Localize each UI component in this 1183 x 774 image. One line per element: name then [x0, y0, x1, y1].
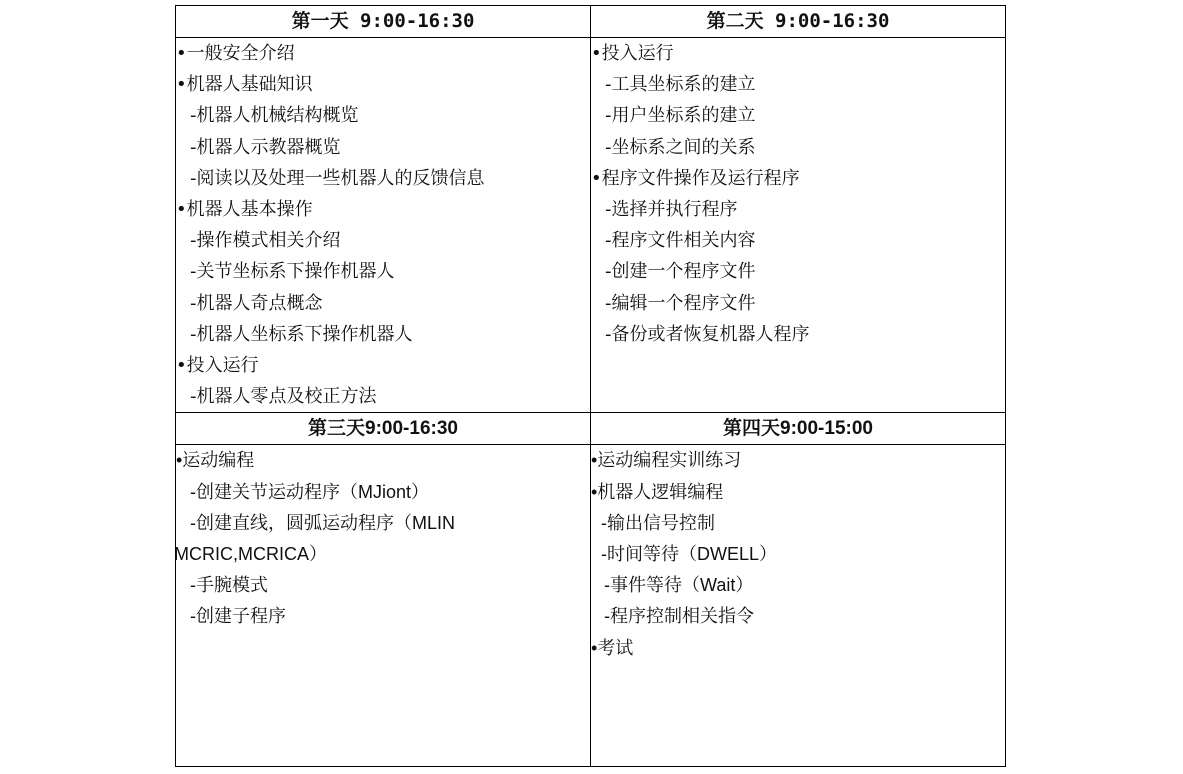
list-item: •运动编程: [176, 445, 590, 476]
list-item: -输出信号控制: [591, 508, 1005, 539]
content-row-1: •一般安全介绍 •机器人基础知识 -机器人机械结构概览 -机器人示教器概览 -阅…: [176, 38, 1006, 413]
list-item: -编辑一个程序文件: [591, 288, 1005, 319]
list-item: •运动编程实训练习: [591, 445, 1005, 476]
day2-header-time: 9:00-16:30: [764, 10, 890, 32]
list-item: -手腕模式: [176, 570, 590, 601]
list-item: -用户坐标系的建立: [591, 100, 1005, 131]
list-item: •一般安全介绍: [176, 38, 590, 69]
day1-content: •一般安全介绍 •机器人基础知识 -机器人机械结构概览 -机器人示教器概览 -阅…: [176, 38, 591, 413]
list-item: -机器人奇点概念: [176, 288, 590, 319]
header-row-1: 第一天 9:00-16:30 第二天 9:00-16:30: [176, 6, 1006, 38]
list-item: -工具坐标系的建立: [591, 69, 1005, 100]
training-schedule-table: 第一天 9:00-16:30 第二天 9:00-16:30 •一般安全介绍 •机…: [175, 5, 1006, 767]
list-item: •考试: [591, 633, 1005, 664]
list-item: -事件等待（Wait）: [591, 570, 1005, 601]
list-item: -机器人零点及校正方法: [176, 381, 590, 412]
list-item: -操作模式相关介绍: [176, 225, 590, 256]
list-item: -创建子程序: [176, 601, 590, 632]
list-item: -创建一个程序文件: [591, 256, 1005, 287]
list-item: -坐标系之间的关系: [591, 132, 1005, 163]
list-item: -程序控制相关指令: [591, 601, 1005, 632]
day3-header-label: 第三天: [308, 417, 365, 439]
day1-header-time: 9:00-16:30: [349, 10, 475, 32]
day4-content: •运动编程实训练习 •机器人逻辑编程 -输出信号控制 -时间等待（DWELL） …: [591, 445, 1006, 767]
day1-header: 第一天 9:00-16:30: [176, 6, 591, 38]
list-item: -时间等待（DWELL）: [591, 539, 1005, 570]
day3-header-time: 9:00-16:30: [365, 418, 458, 439]
list-item: •机器人基本操作: [176, 194, 590, 225]
list-item: •投入运行: [591, 38, 1005, 69]
list-item: -机器人机械结构概览: [176, 100, 590, 131]
list-item: -程序文件相关内容: [591, 225, 1005, 256]
list-item: -机器人示教器概览: [176, 132, 590, 163]
list-item: -创建关节运动程序（MJiont）: [176, 477, 590, 508]
list-item: -阅读以及处理一些机器人的反馈信息: [176, 163, 590, 194]
content-row-2: •运动编程 -创建关节运动程序（MJiont） -创建直线，圆弧运动程序（MLI…: [176, 445, 1006, 767]
list-item: •投入运行: [176, 350, 590, 381]
list-item: •机器人基础知识: [176, 69, 590, 100]
list-item: •程序文件操作及运行程序: [591, 163, 1005, 194]
list-item: -创建直线，圆弧运动程序（MLIN: [176, 508, 590, 539]
day4-header-label: 第四天: [723, 417, 780, 439]
day1-header-label: 第一天: [292, 10, 349, 32]
header-row-2: 第三天9:00-16:30 第四天9:00-15:00: [176, 413, 1006, 445]
day4-header-time: 9:00-15:00: [780, 418, 873, 439]
list-item: -关节坐标系下操作机器人: [176, 256, 590, 287]
day3-content: •运动编程 -创建关节运动程序（MJiont） -创建直线，圆弧运动程序（MLI…: [176, 445, 591, 767]
day2-content: •投入运行 -工具坐标系的建立 -用户坐标系的建立 -坐标系之间的关系 •程序文…: [591, 38, 1006, 413]
list-item: -机器人坐标系下操作机器人: [176, 319, 590, 350]
list-item: MCRIC,MCRICA）: [174, 539, 590, 570]
list-item: -选择并执行程序: [591, 194, 1005, 225]
list-item: •机器人逻辑编程: [591, 477, 1005, 508]
day2-header: 第二天 9:00-16:30: [591, 6, 1006, 38]
day4-header: 第四天9:00-15:00: [591, 413, 1006, 445]
day3-header: 第三天9:00-16:30: [176, 413, 591, 445]
list-item: -备份或者恢复机器人程序: [591, 319, 1005, 350]
day2-header-label: 第二天: [707, 10, 764, 32]
